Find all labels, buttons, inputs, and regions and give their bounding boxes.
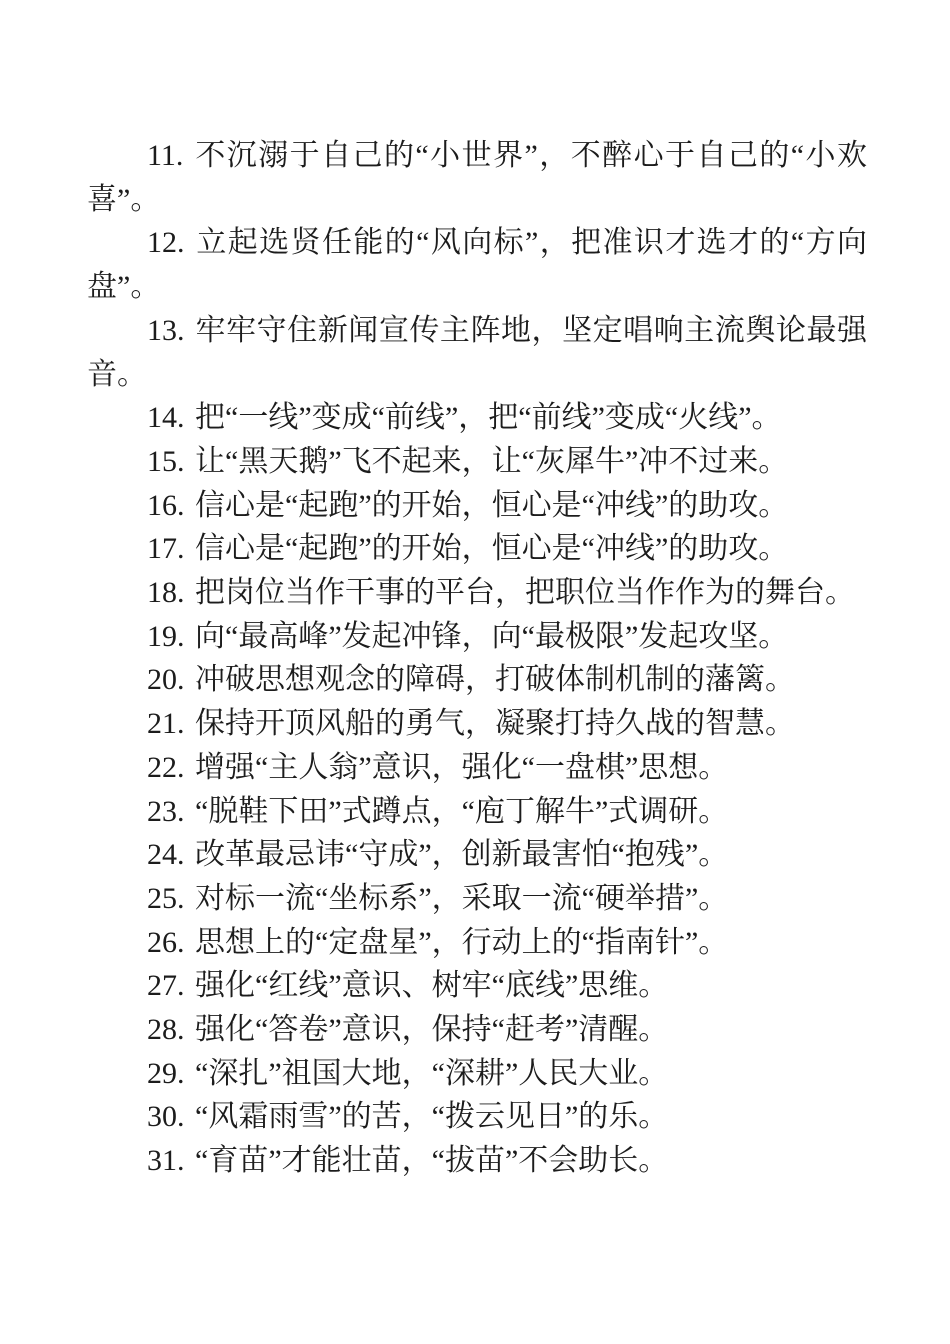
item-number: 24. [147,838,185,871]
item-number: 16. [147,489,185,522]
list-item: 26.思想上的“定盘星”，行动上的“指南针”。 [87,921,867,965]
item-text: 强化“答卷”意识，保持“赶考”清醒。 [195,1013,668,1046]
list-item: 20.冲破思想观念的障碍，打破体制机制的藩篱。 [87,658,867,702]
item-text: 强化“红线”意识、树牢“底线”思维。 [195,969,668,1002]
list-item: 13.牢牢守住新闻宣传主阵地，坚定唱响主流舆论最强音。 [87,309,867,396]
list-item: 15.让“黑天鹅”飞不起来，让“灰犀牛”冲不过来。 [87,440,867,484]
list-item: 31.“育苗”才能壮苗，“拔苗”不会助长。 [87,1139,867,1183]
item-number: 23. [147,795,185,828]
item-text: 改革最忌讳“守成”，创新最害怕“抱残”。 [195,838,728,871]
item-number: 22. [147,751,185,784]
item-text: 立起选贤任能的“风向标”，把准识才选才的“方向盘”。 [87,226,867,303]
item-number: 11. [147,139,183,172]
item-number: 17. [147,532,185,565]
item-text: “脱鞋下田”式蹲点，“庖丁解牛”式调研。 [195,795,728,828]
item-text: 把岗位当作干事的平台，把职位当作作为的舞台。 [195,576,855,609]
item-text: 把“一线”变成“前线”，把“前线”变成“火线”。 [195,401,782,434]
list-item: 21.保持开顶风船的勇气，凝聚打持久战的智慧。 [87,702,867,746]
list-item: 22.增强“主人翁”意识，强化“一盘棋”思想。 [87,746,867,790]
item-number: 25. [147,882,185,915]
list-item: 18.把岗位当作干事的平台，把职位当作作为的舞台。 [87,571,867,615]
item-text: 冲破思想观念的障碍，打破体制机制的藩篱。 [195,663,795,696]
item-number: 12. [147,226,185,259]
item-text: 保持开顶风船的勇气，凝聚打持久战的智慧。 [195,707,795,740]
item-text: 信心是“起跑”的开始，恒心是“冲线”的助攻。 [195,489,788,522]
item-number: 28. [147,1013,185,1046]
item-number: 15. [147,445,185,478]
item-text: 增强“主人翁”意识，强化“一盘棋”思想。 [195,751,728,784]
item-number: 14. [147,401,185,434]
item-number: 21. [147,707,185,740]
list-item: 28.强化“答卷”意识，保持“赶考”清醒。 [87,1008,867,1052]
document-body: 11.不沉溺于自己的“小世界”，不醉心于自己的“小欢喜”。 12.立起选贤任能的… [87,134,867,1183]
list-item: 11.不沉溺于自己的“小世界”，不醉心于自己的“小欢喜”。 [87,134,867,221]
document-page: 11.不沉溺于自己的“小世界”，不醉心于自己的“小欢喜”。 12.立起选贤任能的… [0,0,950,1344]
item-text: 向“最高峰”发起冲锋，向“最极限”发起攻坚。 [195,620,788,653]
item-text: 思想上的“定盘星”，行动上的“指南针”。 [195,926,728,959]
item-number: 29. [147,1057,185,1090]
list-item: 23.“脱鞋下田”式蹲点，“庖丁解牛”式调研。 [87,790,867,834]
item-number: 27. [147,969,185,1002]
list-item: 12.立起选贤任能的“风向标”，把准识才选才的“方向盘”。 [87,221,867,308]
list-item: 24.改革最忌讳“守成”，创新最害怕“抱残”。 [87,833,867,877]
list-item: 14.把“一线”变成“前线”，把“前线”变成“火线”。 [87,396,867,440]
item-text: 牢牢守住新闻宣传主阵地，坚定唱响主流舆论最强音。 [87,314,867,391]
item-text: 对标一流“坐标系”，采取一流“硬举措”。 [195,882,728,915]
list-item: 17.信心是“起跑”的开始，恒心是“冲线”的助攻。 [87,527,867,571]
item-number: 20. [147,663,185,696]
item-text: 不沉溺于自己的“小世界”，不醉心于自己的“小欢喜”。 [87,139,867,216]
item-number: 30. [147,1100,185,1133]
item-text: 让“黑天鹅”飞不起来，让“灰犀牛”冲不过来。 [195,445,788,478]
item-text: “风霜雨雪”的苦，“拨云见日”的乐。 [195,1100,668,1133]
list-item: 16.信心是“起跑”的开始，恒心是“冲线”的助攻。 [87,484,867,528]
list-item: 25.对标一流“坐标系”，采取一流“硬举措”。 [87,877,867,921]
list-item: 29.“深扎”祖国大地，“深耕”人民大业。 [87,1052,867,1096]
item-number: 19. [147,620,185,653]
item-text: “育苗”才能壮苗，“拔苗”不会助长。 [195,1144,668,1177]
item-number: 31. [147,1144,185,1177]
item-text: “深扎”祖国大地，“深耕”人民大业。 [195,1057,668,1090]
item-number: 26. [147,926,185,959]
item-number: 18. [147,576,185,609]
list-item: 30.“风霜雨雪”的苦，“拨云见日”的乐。 [87,1095,867,1139]
list-item: 27.强化“红线”意识、树牢“底线”思维。 [87,964,867,1008]
item-number: 13. [147,314,185,347]
list-item: 19.向“最高峰”发起冲锋，向“最极限”发起攻坚。 [87,615,867,659]
item-text: 信心是“起跑”的开始，恒心是“冲线”的助攻。 [195,532,788,565]
